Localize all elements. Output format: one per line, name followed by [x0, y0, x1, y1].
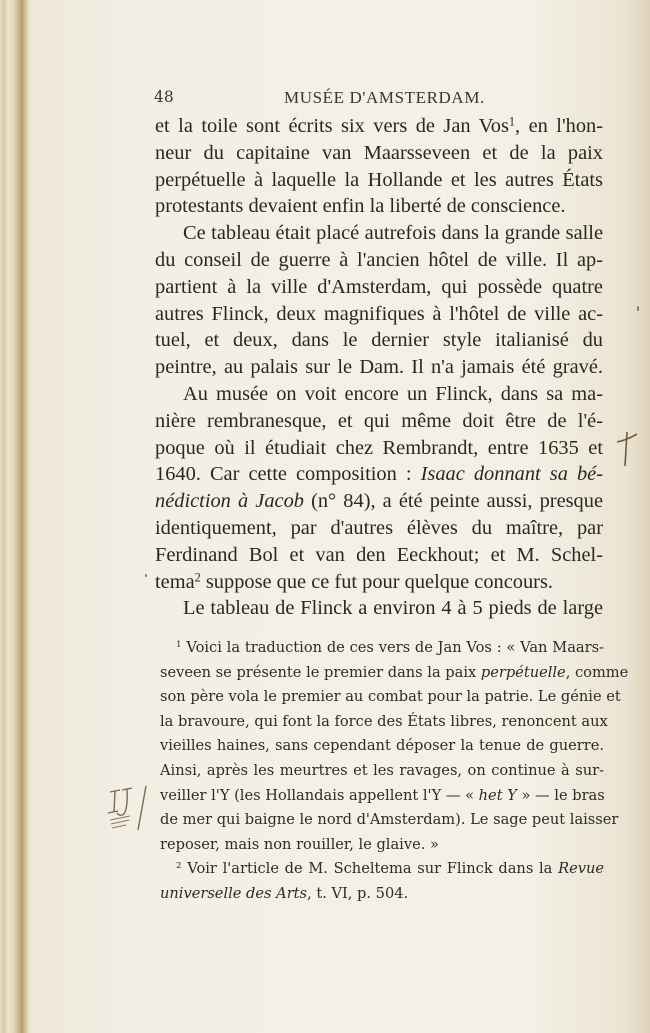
footnote-1: 1 Voici la traduction de ces vers de Jan…	[160, 636, 604, 661]
footnote-line: seveen se présente le premier dans la pa…	[160, 661, 604, 686]
paragraph-start: Le tableau de Flinck a environ 4 à 5 pie…	[155, 595, 603, 622]
footnote-line: vieilles haines, sans cependant déposer …	[160, 734, 604, 759]
footnotes: 1 Voici la traduction de ces vers de Jan…	[160, 636, 604, 907]
paragraph-start: Ce tableau était placé autrefois dans la…	[155, 220, 603, 247]
text-line: nédiction à Jacob (n° 84), a été peinte …	[155, 488, 603, 515]
text-line: peintre, au palais sur le Dam. Il n'a ja…	[155, 354, 603, 381]
footnote-line: la bravoure, qui font la force des États…	[160, 710, 604, 735]
text-line: tema2 suppose que ce fut pour quelque co…	[155, 569, 603, 596]
footnote-line: veiller l'Y (les Hollandais appellent l'…	[160, 784, 604, 809]
pencil-cross-mark-icon	[615, 428, 639, 468]
artwork-title: nédiction à Jacob	[155, 490, 304, 512]
text-line: perpétuelle à laquelle la Hollande et le…	[155, 167, 603, 194]
text-line: neur du capitaine van Maarsseveen et de …	[155, 140, 603, 167]
text-line: et la toile sont écrits six vers de Jan …	[155, 113, 603, 140]
text-line: tuel, et deux, dans le dernier style ita…	[155, 327, 603, 354]
text-line: partient à la ville d'Amsterdam, qui pos…	[155, 274, 603, 301]
text-line: Ferdinand Bol et van den Eeckhout; et M.…	[155, 542, 603, 569]
text-line: protestants devaient enfin la liberté de…	[155, 193, 603, 220]
page-number: 48	[154, 88, 174, 106]
text-line: 1640. Car cette composition : Isaac donn…	[155, 461, 603, 488]
footnote-line: son père vola le premier au combat pour …	[160, 685, 604, 710]
paragraph-start: Au musée on voit encore un Flinck, dans …	[155, 381, 603, 408]
book-spine-edge	[0, 0, 34, 1033]
text-line: du conseil de guerre à l'ancien hôtel de…	[155, 247, 603, 274]
pencil-margin-note-icon	[104, 780, 154, 836]
text-line: identiquement, par d'autres élèves du ma…	[155, 515, 603, 542]
text-line: nière rembranesque, et qui même doit êtr…	[155, 408, 603, 435]
page-header: 48 MUSÉE D'AMSTERDAM.	[154, 88, 604, 110]
footnote-line: reposer, mais non rouiller, le glaive. »	[160, 833, 604, 858]
artwork-title: Isaac donnant sa bé-	[421, 463, 603, 485]
text-line: poque où il étudiait chez Rembrandt, ent…	[155, 435, 603, 462]
footnote-2: 2 Voir l'article de M. Scheltema sur Fli…	[160, 857, 604, 882]
footnote-line: universelle des Arts, t. VI, p. 504.	[160, 882, 604, 907]
paper-speck	[637, 306, 639, 311]
text-line: autres Flinck, deux magnifiques à l'hôte…	[155, 301, 603, 328]
footnote-line: de mer qui baigne le nord d'Amsterdam). …	[160, 808, 604, 833]
main-text: et la toile sont écrits six vers de Jan …	[155, 113, 603, 622]
footnote-line: Ainsi, après les meurtres et les ravages…	[160, 759, 604, 784]
paper-speck	[145, 574, 147, 577]
running-title: MUSÉE D'AMSTERDAM.	[284, 88, 485, 108]
